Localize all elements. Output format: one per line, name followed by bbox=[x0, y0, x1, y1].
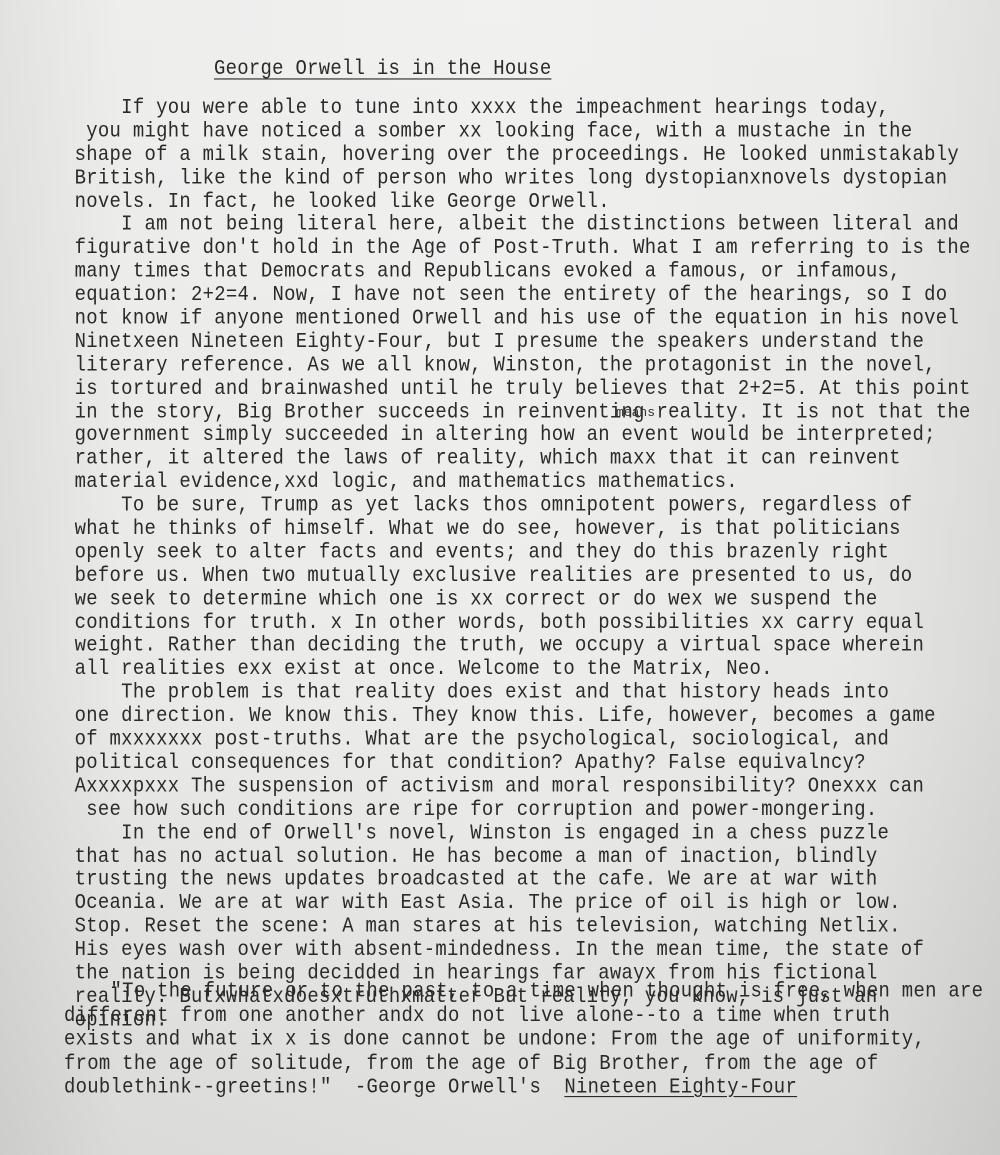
text-line: government simply succeeded in altering … bbox=[63, 424, 971, 447]
quote-book-title: Nineteen Eighty-Four bbox=[564, 1075, 797, 1100]
text-line: of mxxxxxxx post-truths. What are the ps… bbox=[63, 728, 971, 751]
text-line: novels. In fact, he looked like George O… bbox=[63, 190, 971, 213]
closing-quote: "To the future or to the past, to a time… bbox=[64, 956, 983, 1124]
text-line: The problem is that reality does exist a… bbox=[63, 681, 971, 704]
text-line: figurative don't hold in the Age of Post… bbox=[63, 236, 971, 259]
text-line: trusting the news updates broadcasted at… bbox=[63, 868, 971, 891]
text-line: Oceania. We are at war with East Asia. T… bbox=[63, 892, 971, 915]
text-line: we seek to determine which one is xx cor… bbox=[63, 587, 971, 610]
paper-page: George Orwell is in the House If you wer… bbox=[0, 0, 1000, 1155]
text-line: not know if anyone mentioned Orwell and … bbox=[63, 307, 971, 330]
text-line: you might have noticed a somber xx looki… bbox=[63, 119, 971, 142]
text-line: is tortured and brainwashed until he tru… bbox=[63, 377, 971, 400]
interlinear-insert: means bbox=[616, 405, 655, 420]
text-line: that has no actual solution. He has beco… bbox=[63, 845, 971, 868]
text-line: Axxxxpxxx The suspension of activism and… bbox=[63, 775, 971, 798]
text-line: weight. Rather than deciding the truth, … bbox=[63, 634, 971, 657]
text-line: openly seek to alter facts and events; a… bbox=[63, 541, 971, 564]
text-line: many times that Democrats and Republican… bbox=[63, 260, 971, 283]
text-line: equation: 2+2=4. Now, I have not seen th… bbox=[63, 283, 971, 306]
text-line: material evidence,xxd logic, and mathema… bbox=[63, 470, 971, 493]
document-body: If you were able to tune into xxxx the i… bbox=[63, 96, 971, 1032]
text-line: one direction. We know this. They know t… bbox=[63, 704, 971, 727]
text-line: all realities exx exist at once. Welcome… bbox=[63, 658, 971, 681]
text-line: literary reference. As we all know, Wins… bbox=[63, 353, 971, 376]
text-line: British, like the kind of person who wri… bbox=[63, 166, 971, 189]
text-line: before us. When two mutually exclusive r… bbox=[63, 564, 971, 587]
text-line: To be sure, Trump as yet lacks thos omni… bbox=[63, 494, 971, 517]
text-line: see how such conditions are ripe for cor… bbox=[63, 798, 971, 821]
document-title: George Orwell is in the House bbox=[214, 56, 551, 81]
quote-text: "To the future or to the past, to a time… bbox=[64, 979, 983, 1100]
text-line: conditions for truth. x In other words, … bbox=[63, 611, 971, 634]
text-line: Stop. Reset the scene: A man stares at h… bbox=[63, 915, 971, 938]
text-line: If you were able to tune into xxxx the i… bbox=[63, 96, 971, 119]
text-line: Ninetxeen Nineteen Eighty-Four, but I pr… bbox=[63, 330, 971, 353]
text-line: what he thinks of himself. What we do se… bbox=[63, 517, 971, 540]
text-line: rather, it altered the laws of reality, … bbox=[63, 447, 971, 470]
text-line: I am not being literal here, albeit the … bbox=[63, 213, 971, 236]
text-line: political consequences for that conditio… bbox=[63, 751, 971, 774]
text-line: in the story, Big Brother succeeds in re… bbox=[63, 400, 971, 423]
text-line: In the end of Orwell's novel, Winston is… bbox=[63, 821, 971, 844]
text-line: shape of a milk stain, hovering over the… bbox=[63, 143, 971, 166]
